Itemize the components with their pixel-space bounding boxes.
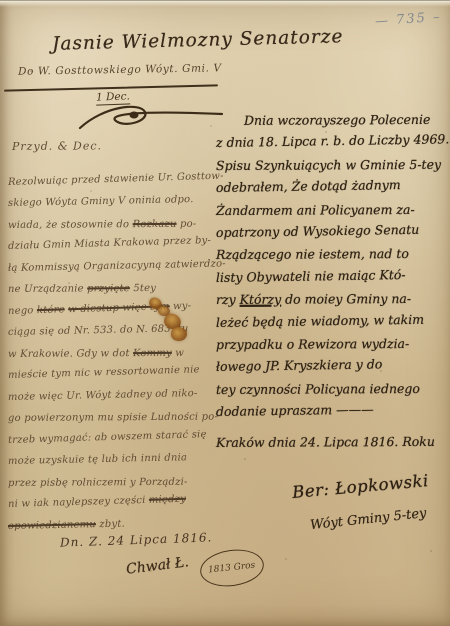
- draft-minute-column: Przyd. & Dec.Rezolwuiąc przed stawienie …: [8, 136, 220, 537]
- line-segment-strike: Kommy: [133, 347, 172, 358]
- line-segment-strike: przyięte: [87, 283, 130, 294]
- line-segment: nego: [8, 305, 37, 317]
- line-segment: wy-: [170, 300, 192, 312]
- line-segment: Przyd. & Dec.: [12, 139, 102, 153]
- line-segment: Spisu Szynkuiących w Gminie 5-tey: [216, 157, 441, 173]
- line-segment: zbyt.: [96, 518, 125, 530]
- line-segment: łowego JP. Kryszkiera y do: [216, 357, 383, 375]
- manuscript-line: łą Kommissyą Organizacyyną zatwierdzo-: [8, 253, 220, 279]
- manuscript-line: leżeć będą nie wiadomy, w takim: [216, 308, 450, 334]
- line-segment: może uzyskuie tę lub ich inni dnia: [8, 452, 187, 467]
- docket-line: Do W. Gosttowskiego Wóyt. Gmi. V: [18, 62, 222, 78]
- line-segment: 5tey: [130, 283, 156, 294]
- line-segment: leżeć będą nie wiadomy, w takim: [216, 311, 424, 329]
- manuscript-line: ciąga się od Nr. 533. do N. 683. tu: [8, 318, 220, 344]
- manuscript-line: odebrałem, Że dotąd żadnym: [216, 174, 450, 200]
- line-segment-strike: między: [149, 494, 186, 506]
- manuscript-line: może więc Ur. Wóyt żadney od niko-: [8, 382, 220, 408]
- manuscript-line: Kraków dnia 24. Lipca 1816. Roku: [216, 430, 450, 454]
- manuscript-line: skiego Wóyta Gminy V oninia odpo.: [8, 189, 220, 215]
- flourish-paraph: [76, 100, 228, 138]
- line-segment: trzeb wymagać: ab owszem starać się: [8, 429, 207, 446]
- manuscript-line: może uzyskuie tę lub ich inni dnia: [8, 447, 220, 473]
- line-segment: skiego Wóyta Gminy V oninia odpo.: [8, 194, 194, 209]
- line-segment: łą Kommissyą Organizacyyną zatwierdzo-: [8, 258, 226, 274]
- line-segment: ne Urządzanie: [8, 283, 87, 295]
- line-segment: listy Obywateli nie maiąc Któ-: [216, 267, 406, 285]
- line-segment-strike: opowiedzianemu: [8, 519, 96, 532]
- line-segment: przypadku o Rewizora wydzia-: [216, 336, 409, 352]
- line-segment: mieście tym nic w ressortowanie nie: [8, 364, 200, 381]
- line-segment: przez pisbę rolniczemi y Porządzi-: [8, 476, 188, 488]
- line-segment: ni w iak naylepszey części: [8, 495, 149, 510]
- manuscript-line: listy Obywateli nie maiąc Któ-: [216, 263, 450, 289]
- manuscript-line: dodanie upraszam ———: [216, 398, 450, 424]
- archival-number: — 735 –: [375, 10, 442, 30]
- line-segment: tey czynności Policyana iednego: [216, 381, 420, 397]
- circled-registry-note: 1813 Gros: [198, 546, 266, 591]
- line-segment: ciąga się od Nr. 533. do N. 683. tu: [8, 323, 189, 338]
- line-segment: Rządzącego nie iestem, nad to: [216, 246, 409, 262]
- line-segment: do moiey Gminy na-: [281, 291, 411, 307]
- circled-note-text: 1813 Gros: [208, 561, 256, 576]
- manuscript-line: opatrzony od Wysokiego Senatu: [216, 218, 450, 244]
- line-segment: Rezolwuiąc przed stawienie Ur. Gosttow-: [8, 170, 224, 187]
- line-segment: go powierzonym mu spisie Ludności po-: [8, 412, 218, 424]
- line-segment: Dnia wczorayszego Polecenie: [244, 112, 430, 128]
- line-segment: Kraków dnia 24. Lipca 1816. Roku: [216, 434, 435, 450]
- letter-body-column: Dnia wczorayszego Poleceniez dnia 18. Li…: [216, 110, 450, 454]
- line-segment: w Krakowie. Gdy w dot: [8, 348, 133, 360]
- line-segment: wiada, że stosownie do: [8, 219, 133, 231]
- signature-name: Ber: Łopkowski: [291, 471, 429, 502]
- line-segment: odebrałem, Że dotąd żadnym: [216, 177, 401, 195]
- line-segment: Żandarmem ani Policyanem za-: [216, 202, 415, 218]
- line-segment: opatrzony od Wysokiego Senatu: [216, 222, 419, 240]
- line-segment: dodanie upraszam ———: [216, 402, 374, 419]
- line-segment: rzy: [216, 292, 240, 307]
- line-segment: w: [172, 347, 184, 358]
- letter-salutation: Jasnie Wielmozny Senatorze: [52, 26, 344, 55]
- manuscript-page: — 735 – Jasnie Wielmozny Senatorze Do W.…: [0, 0, 450, 626]
- line-segment-strike: które: [37, 304, 65, 316]
- line-segment: po-: [177, 218, 197, 229]
- manuscript-line: łowego JP. Kryszkiera y do: [216, 353, 450, 379]
- line-segment-strike: Rozkazu: [133, 218, 177, 229]
- scan-edge: [0, 0, 450, 7]
- line-segment: z dnia 18. Lipca r. b. do Liczby 4969.: [216, 132, 450, 151]
- manuscript-line: Przyd. & Dec.: [12, 135, 220, 158]
- line-segment: działu Gmin Miasta Krakowa przez by-: [8, 235, 211, 252]
- signature-title: Wóyt Gminy 5-tey: [310, 506, 428, 533]
- manuscript-line: z dnia 18. Lipca r. b. do Liczby 4969.: [216, 129, 450, 155]
- draft-signature: Chwał Ł.: [125, 554, 189, 578]
- line-segment: może więc Ur. Wóyt żadney od niko-: [8, 388, 198, 403]
- line-segment-under: Którzy: [240, 292, 282, 307]
